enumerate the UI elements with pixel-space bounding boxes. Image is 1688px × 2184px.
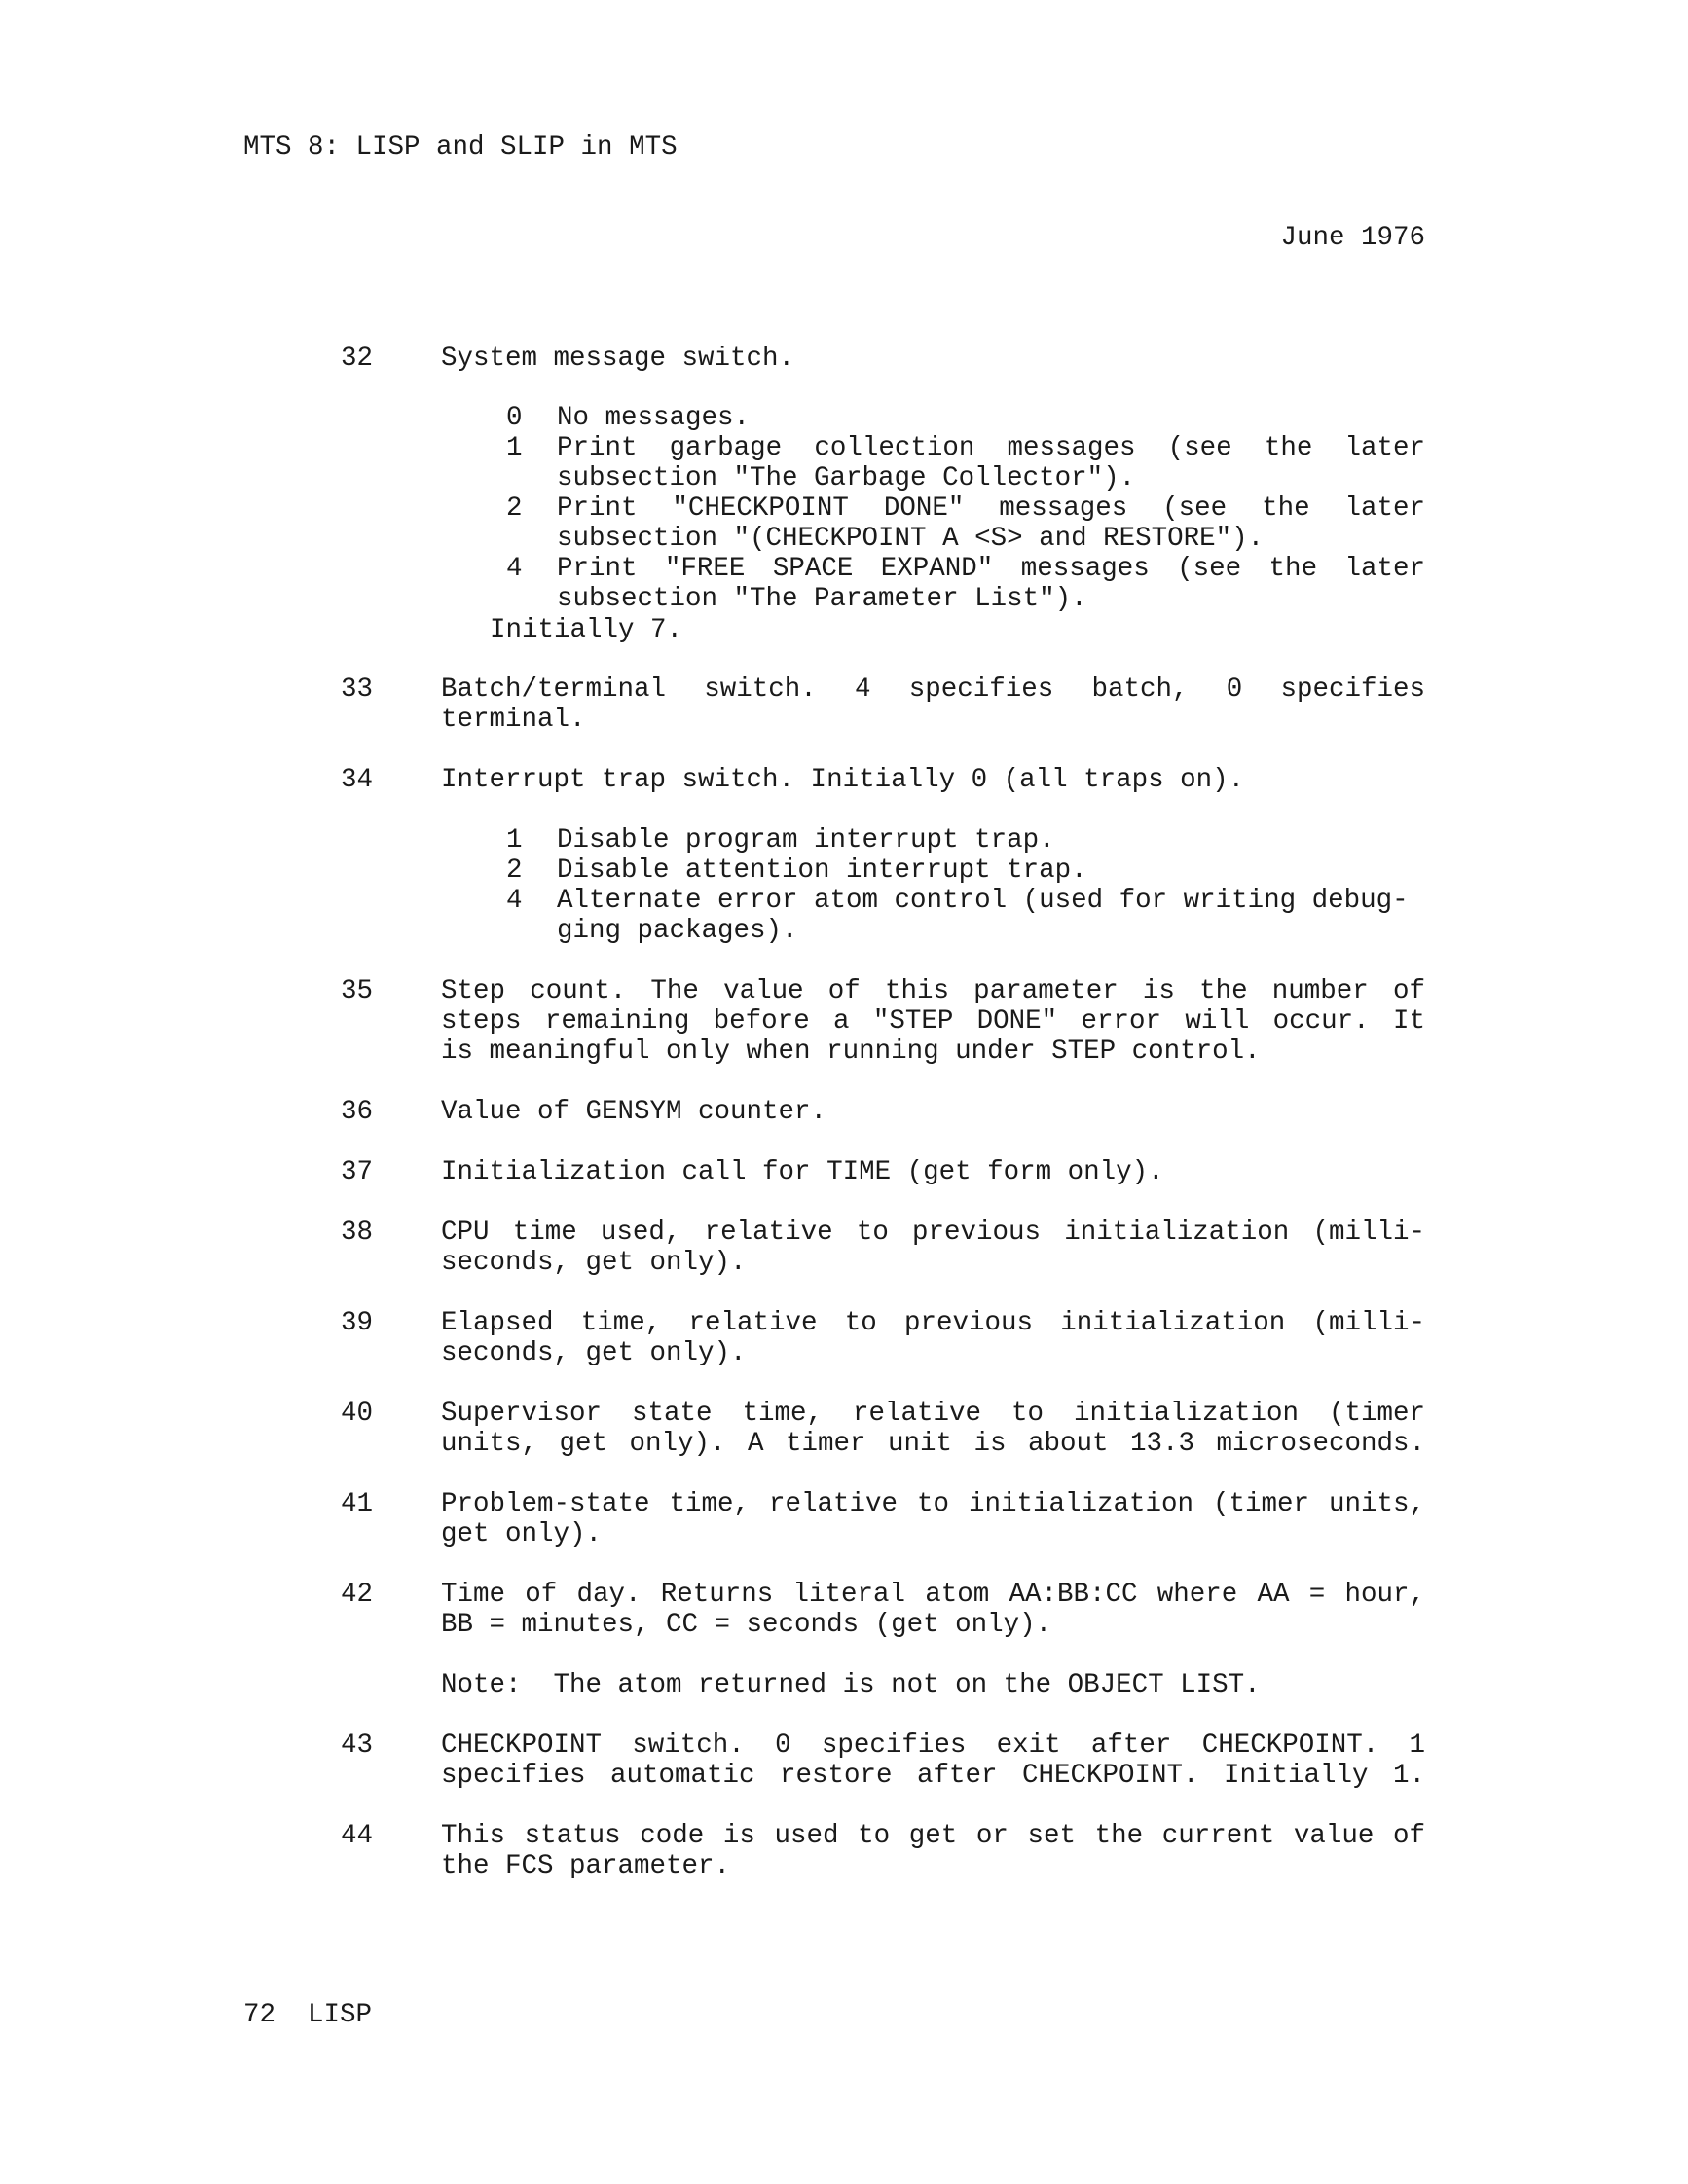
entry-number: 34: [341, 765, 399, 795]
description-line: Initialization call for TIME (get form o…: [441, 1157, 1425, 1187]
option-item: 1 Disable program interrupt trap.: [506, 825, 1425, 855]
description-line: Elapsed time, relative to previous initi…: [441, 1308, 1425, 1338]
description-line: specifies automatic restore after CHECKP…: [441, 1761, 1425, 1791]
entry-description: System message switch.: [441, 344, 1425, 374]
description-line: is meaningful only when running under ST…: [441, 1037, 1425, 1067]
running-header-date: June 1976: [1280, 223, 1425, 253]
entry-description: Initialization call for TIME (get form o…: [441, 1157, 1425, 1187]
option-list: 1 Disable program interrupt trap. 2 Disa…: [506, 825, 1425, 946]
description-line: CPU time used, relative to previous init…: [441, 1218, 1425, 1248]
option-value: 4: [506, 554, 526, 584]
option-value: 1: [506, 433, 526, 463]
option-text: No messages.: [557, 403, 1425, 433]
option-item: 2 Print "CHECKPOINT DONE" messages (see …: [506, 493, 1425, 554]
description-line: Batch/terminal switch. 4 specifies batch…: [441, 674, 1425, 705]
option-text: Disable attention interrupt trap.: [557, 855, 1425, 886]
entry-description: Time of day. Returns literal atom AA:BB:…: [441, 1580, 1425, 1640]
option-text: Disable program interrupt trap.: [557, 825, 1425, 855]
entry-description: Batch/terminal switch. 4 specifies batch…: [441, 674, 1425, 735]
option-text: Print "FREE SPACE EXPAND" messages (see …: [557, 554, 1425, 584]
description-line: get only).: [441, 1519, 1425, 1549]
option-text: subsection "(CHECKPOINT A <S> and RESTOR…: [557, 524, 1425, 554]
option-text: subsection "The Parameter List").: [557, 584, 1425, 614]
entry-description: CPU time used, relative to previous init…: [441, 1218, 1425, 1278]
entry-number: 44: [341, 1821, 399, 1851]
description-line: Time of day. Returns literal atom AA:BB:…: [441, 1580, 1425, 1610]
description-line: Value of GENSYM counter.: [441, 1097, 1425, 1127]
option-list: 0 No messages. 1 Print garbage collectio…: [506, 403, 1425, 614]
entry-description: This status code is used to get or set t…: [441, 1821, 1425, 1881]
entry-description: CHECKPOINT switch. 0 specifies exit afte…: [441, 1730, 1425, 1791]
description-line: Supervisor state time, relative to initi…: [441, 1399, 1425, 1429]
option-value: 1: [506, 825, 526, 855]
option-text: Alternate error atom control (used for w…: [557, 886, 1425, 916]
entry-description: Elapsed time, relative to previous initi…: [441, 1308, 1425, 1368]
description-line: terminal.: [441, 705, 1425, 735]
entry-number: 36: [341, 1097, 399, 1127]
entry-number: 35: [341, 976, 399, 1006]
page-footer: 72 LISP: [243, 2000, 372, 2030]
entry-number: 42: [341, 1580, 399, 1610]
initial-value-note: Initially 7.: [490, 615, 682, 645]
document-page: MTS 8: LISP and SLIP in MTS June 1976 32…: [0, 0, 1688, 2184]
option-item: 1 Print garbage collection messages (see…: [506, 433, 1425, 493]
entry-number: 38: [341, 1218, 399, 1248]
description-line: the FCS parameter.: [441, 1851, 1425, 1881]
entry-description: Problem-state time, relative to initiali…: [441, 1489, 1425, 1549]
description-line: Step count. The value of this parameter …: [441, 976, 1425, 1006]
entry-description: Interrupt trap switch. Initially 0 (all …: [441, 765, 1425, 795]
description-line: units, get only). A timer unit is about …: [441, 1429, 1425, 1459]
entry-note: Note: The atom returned is not on the OB…: [441, 1670, 1261, 1700]
entry-number: 40: [341, 1399, 399, 1429]
description-line: Interrupt trap switch. Initially 0 (all …: [441, 765, 1425, 795]
option-value: 4: [506, 886, 526, 916]
running-header-title: MTS 8: LISP and SLIP in MTS: [243, 132, 678, 163]
entry-number: 41: [341, 1489, 399, 1519]
entry-number: 32: [341, 344, 399, 374]
entry-number: 33: [341, 674, 399, 705]
option-text: Print "CHECKPOINT DONE" messages (see th…: [557, 493, 1425, 524]
description-line: This status code is used to get or set t…: [441, 1821, 1425, 1851]
option-value: 2: [506, 855, 526, 886]
description-line: BB = minutes, CC = seconds (get only).: [441, 1610, 1425, 1640]
entry-number: 39: [341, 1308, 399, 1338]
description-line: seconds, get only).: [441, 1338, 1425, 1368]
option-value: 2: [506, 493, 526, 524]
entry-description: Value of GENSYM counter.: [441, 1097, 1425, 1127]
description-line: steps remaining before a "STEP DONE" err…: [441, 1006, 1425, 1037]
option-item: 4 Print "FREE SPACE EXPAND" messages (se…: [506, 554, 1425, 614]
entry-number: 43: [341, 1730, 399, 1761]
entry-description: Supervisor state time, relative to initi…: [441, 1399, 1425, 1459]
description-line: CHECKPOINT switch. 0 specifies exit afte…: [441, 1730, 1425, 1761]
entry-description: Step count. The value of this parameter …: [441, 976, 1425, 1067]
entry-number: 37: [341, 1157, 399, 1187]
option-item: 2 Disable attention interrupt trap.: [506, 855, 1425, 886]
option-text: ging packages).: [557, 916, 1425, 946]
option-value: 0: [506, 403, 526, 433]
description-line: Problem-state time, relative to initiali…: [441, 1489, 1425, 1519]
description-line: seconds, get only).: [441, 1248, 1425, 1278]
option-text: subsection "The Garbage Collector").: [557, 463, 1425, 493]
option-text: Print garbage collection messages (see t…: [557, 433, 1425, 463]
description-line: System message switch.: [441, 344, 1425, 374]
option-item: 0 No messages.: [506, 403, 1425, 433]
option-item: 4 Alternate error atom control (used for…: [506, 886, 1425, 946]
